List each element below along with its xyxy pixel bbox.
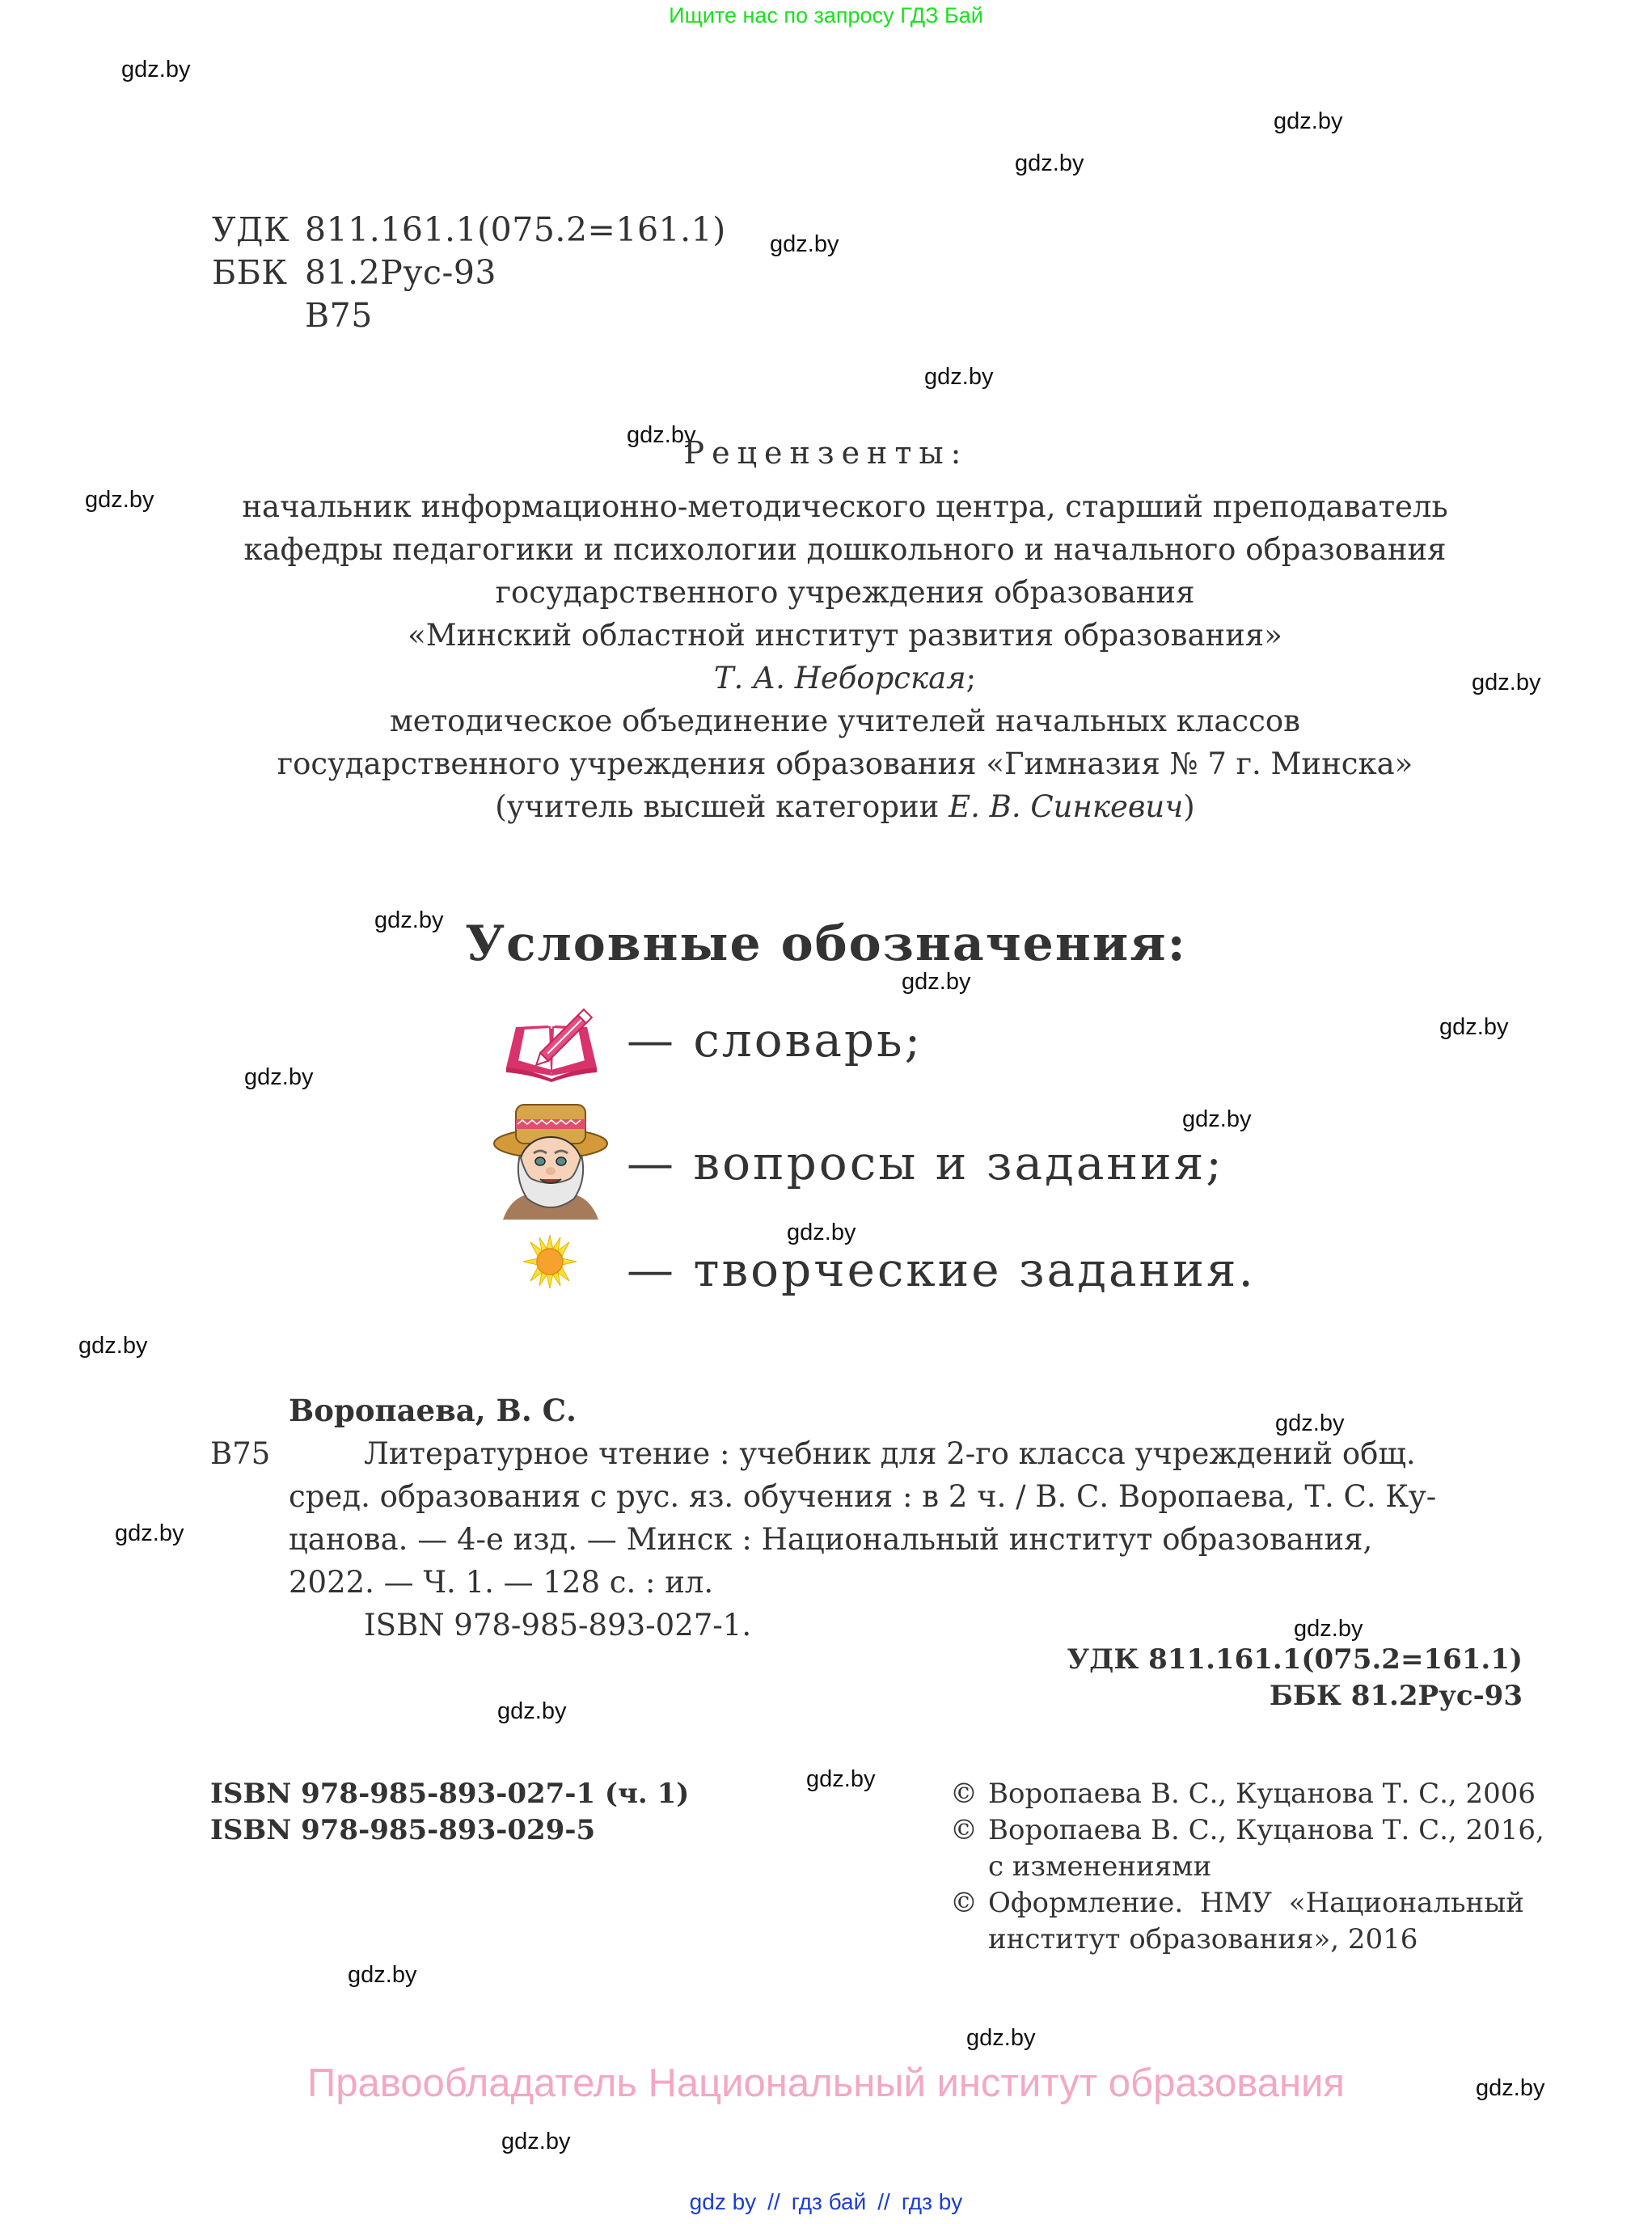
legend-title: Условные обозначения: [0,915,1652,972]
reviewer-2-name: Е. В. Синкевич [949,789,1183,824]
watermark: gdz.by [1274,110,1342,133]
watermark: gdz.by [244,1066,313,1089]
catalog-header: УДК811.161.1(075.2=161.1) ББК81.2Рус-93 … [212,209,726,337]
reviewer-line: государственного учреждения образования [146,571,1544,614]
bib-line: 2022. — Ч. 1. — 128 с. : ил. [210,1561,1524,1604]
copyright-symbol: © [950,1776,978,1812]
link-gdz-by[interactable]: gdz by [690,2189,757,2214]
watermark: gdz.by [85,488,154,512]
bib-udk: УДК 811.161.1(075.2=161.1) [1067,1642,1523,1678]
sun-icon [522,1235,578,1288]
reviewer-line: методическое объединение учителей началь… [146,700,1544,742]
copyright-entry: © Воропаева В. С., Куцанова Т. С., 2006 [950,1776,1544,1812]
isbn-block: ISBN 978-985-893-027-1 (ч. 1) ISBN 978-9… [210,1776,689,1849]
watermark: gdz.by [924,366,993,389]
link-gdz-by-cyr[interactable]: гдз by [902,2189,962,2214]
bbk-label: ББК [212,252,305,294]
watermark: gdz.by [497,1700,566,1723]
reviewers-title: Рецензенты: [0,435,1652,471]
copyright-symbol: © [950,1812,978,1849]
author-mark: В75 [305,296,373,335]
bib-author: Воропаева, В. С. [210,1389,1524,1432]
copyright-symbol: © [950,1885,978,1922]
bib-classification: УДК 811.161.1(075.2=161.1) ББК 81.2Рус-9… [1067,1642,1523,1715]
udk-value: 811.161.1(075.2=161.1) [305,210,726,249]
reviewer-2: (учитель высшей категории Е. В. Синкевич… [146,785,1544,828]
watermark: gdz.by [1182,1108,1251,1131]
udk-label: УДК [212,209,305,252]
copyright-entry: © Воропаева В. С., Куцанова Т. С., 2016,… [950,1812,1544,1885]
reviewer-line: начальник информационно-методического це… [146,485,1544,528]
reviewer-1-name: Т. А. Неборская [714,661,966,696]
udk-row: УДК811.161.1(075.2=161.1) [212,209,726,252]
legend-item-dictionary: — словарь; [627,1013,923,1068]
watermark: gdz.by [1439,1016,1508,1039]
rights-holder-notice: Правообладатель Национальный институт об… [0,2061,1652,2106]
bib-bbk: ББК 81.2Рус-93 [1067,1678,1523,1715]
reviewers-block: начальник информационно-методического це… [146,485,1544,828]
bbk-row: ББК81.2Рус-93 [212,252,726,294]
watermark: gdz.by [902,970,970,994]
watermark: gdz.by [770,233,839,256]
watermark: gdz.by [78,1334,147,1358]
watermark: gdz.by [501,2130,570,2154]
legend-item-questions: — вопросы и задания; [627,1135,1224,1190]
bbk-value: 81.2Рус-93 [305,253,496,292]
top-search-banner[interactable]: Ищите нас по запросу ГДЗ Бай [0,3,1652,28]
bib-line: Литературное чтение : учебник для 2-го к… [210,1432,1524,1475]
link-gdz-bai[interactable]: гдз бай [792,2189,867,2214]
bottom-links: gdz by//гдз бай//гдз by [0,2189,1652,2215]
watermark: gdz.by [787,1221,856,1245]
bibliographic-record: Воропаева, В. С. В75 Литературное чтение… [210,1389,1524,1647]
reviewer-line: кафедры педагогики и психологии дошкольн… [146,528,1544,571]
copyright-entry: © Оформление. НМУ «Национальный институт… [950,1885,1544,1958]
isbn-part: ISBN 978-985-893-027-1 (ч. 1) [210,1776,689,1812]
watermark: gdz.by [348,1964,416,1987]
watermark: gdz.by [121,58,190,82]
watermark: gdz.by [966,2027,1035,2050]
isbn-set: ISBN 978-985-893-029-5 [210,1812,689,1849]
watermark: gdz.by [115,1522,184,1545]
author-mark-row: В75 [212,294,726,337]
copyright-block: © Воропаева В. С., Куцанова Т. С., 2006 … [950,1776,1544,1958]
link-separator: // [877,2189,890,2214]
watermark: gdz.by [806,1768,875,1791]
old-man-icon [492,1098,610,1220]
reviewer-line: государственного учреждения образования … [146,742,1544,785]
reviewer-line: «Минский областной институт развития обр… [146,614,1544,657]
reviewer-1: Т. А. Неборская; [146,657,1544,700]
book-pencil-icon [501,1003,602,1084]
bib-line: сред. образования с рус. яз. обучения : … [210,1475,1524,1518]
bib-mark: В75 [210,1432,270,1475]
bib-line: цанова. — 4-е изд. — Минск : Национальны… [210,1518,1524,1561]
legend-item-creative-tasks: — творческие задания. [627,1242,1256,1297]
watermark: gdz.by [1015,152,1084,175]
bib-isbn: ISBN 978-985-893-027-1. [210,1604,1524,1647]
link-separator: // [767,2189,780,2214]
